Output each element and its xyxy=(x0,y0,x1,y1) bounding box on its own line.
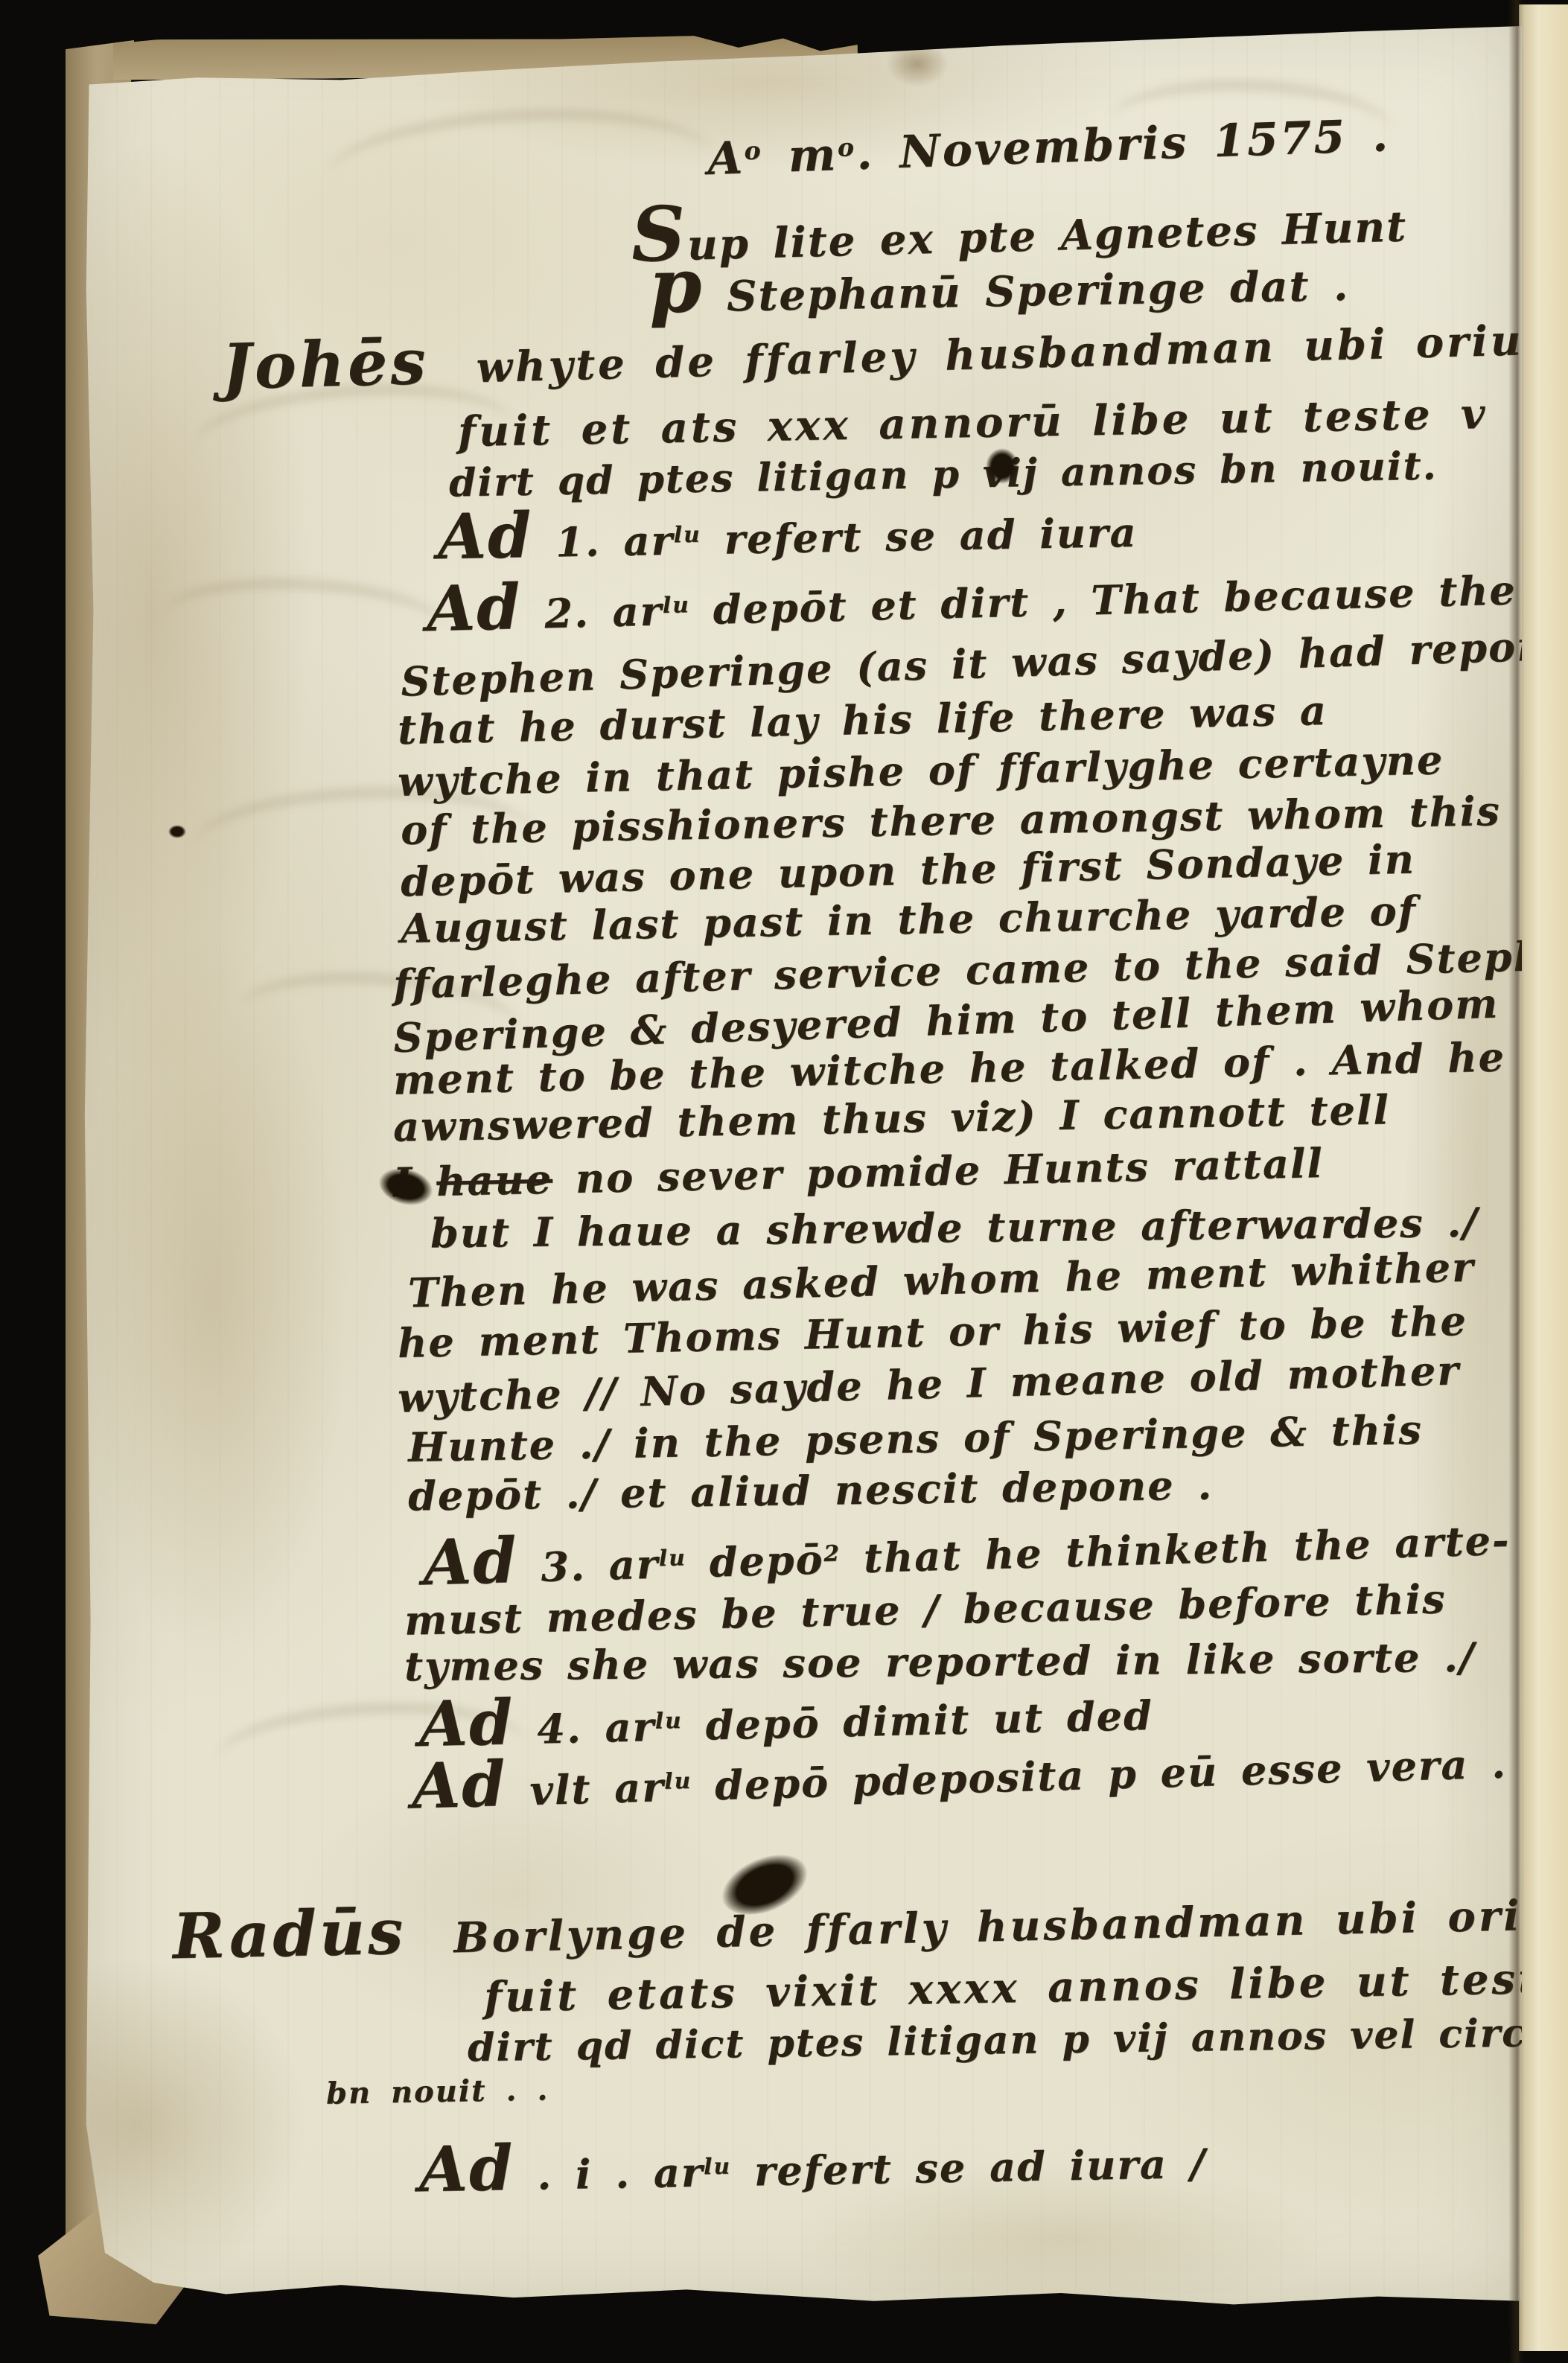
ink-blot xyxy=(168,825,186,838)
manuscript-line: bn nouit . . xyxy=(326,2075,549,2108)
text-layer: CAo mo. Novembris 1575 .Sup lite ex pte … xyxy=(82,13,1522,2308)
manuscript-line: tymes she was soe reported in like sorte… xyxy=(404,1637,1476,1687)
manuscript-line: Sup lite ex pte Agnetes Hunt xyxy=(631,205,1407,267)
manuscript-line: I haue no sever pomide Hunts rattall xyxy=(393,1143,1325,1202)
page-fold xyxy=(1508,0,1525,2363)
manuscript-line: Ad 1. arlu refert se ad iura xyxy=(438,512,1138,564)
manuscript-line: RadūsBorlynge de ffarly husbandman ubi o… xyxy=(173,1892,1568,1965)
manuscript-line: p Stephanū Speringe dat . xyxy=(649,265,1350,319)
manuscript-line: Hunte ./ in the psens of Speringe & this xyxy=(408,1409,1424,1467)
line-initial: Ad xyxy=(422,1523,519,1600)
manuscript-line: fuit etats vixit xxxx annos libe ut test… xyxy=(484,1957,1568,2018)
line-initial: p xyxy=(648,240,704,330)
line-initial: Johēs xyxy=(221,325,430,404)
manuscript-line: Ad 4. arlu depō dimit ut ded xyxy=(419,1695,1154,1752)
line-initial: Ad xyxy=(426,570,523,645)
line-initial: Ad xyxy=(418,2131,514,2206)
manuscript-page: CAo mo. Novembris 1575 .Sup lite ex pte … xyxy=(82,13,1522,2308)
line-initial: Ad xyxy=(411,1747,508,1823)
line-initial: Radūs xyxy=(172,1895,407,1974)
manuscript-line: dirt qd dict ptes litigan p vij annos ve… xyxy=(468,2014,1563,2068)
manuscript-line: fuit et ats xxx annorū libe ut teste v xyxy=(458,393,1488,453)
manuscript-line: Ao mo. Novembris 1575 . xyxy=(707,113,1390,182)
manuscript-line: depōt ./ et aliud nescit depone . xyxy=(408,1464,1214,1516)
manuscript-line: Ad vlt arlu depō pdeposita p eū esse ver… xyxy=(412,1743,1508,1814)
manuscript-line: dirt qd ptes litigan p vij annos bn noui… xyxy=(449,447,1438,503)
manuscript-line: but I haue a shrewde turne afterwardes .… xyxy=(430,1202,1479,1254)
line-initial: Ad xyxy=(437,498,533,573)
manuscript-line: Johēswhyte de ffarley husbandman ubi ori… xyxy=(222,316,1568,395)
adjacent-page-edge xyxy=(1519,4,1568,2351)
manuscript-line: Ad . i . arlu refert se ad iura / xyxy=(419,2143,1207,2197)
photo-background: CAo mo. Novembris 1575 .Sup lite ex pte … xyxy=(0,0,1568,2363)
